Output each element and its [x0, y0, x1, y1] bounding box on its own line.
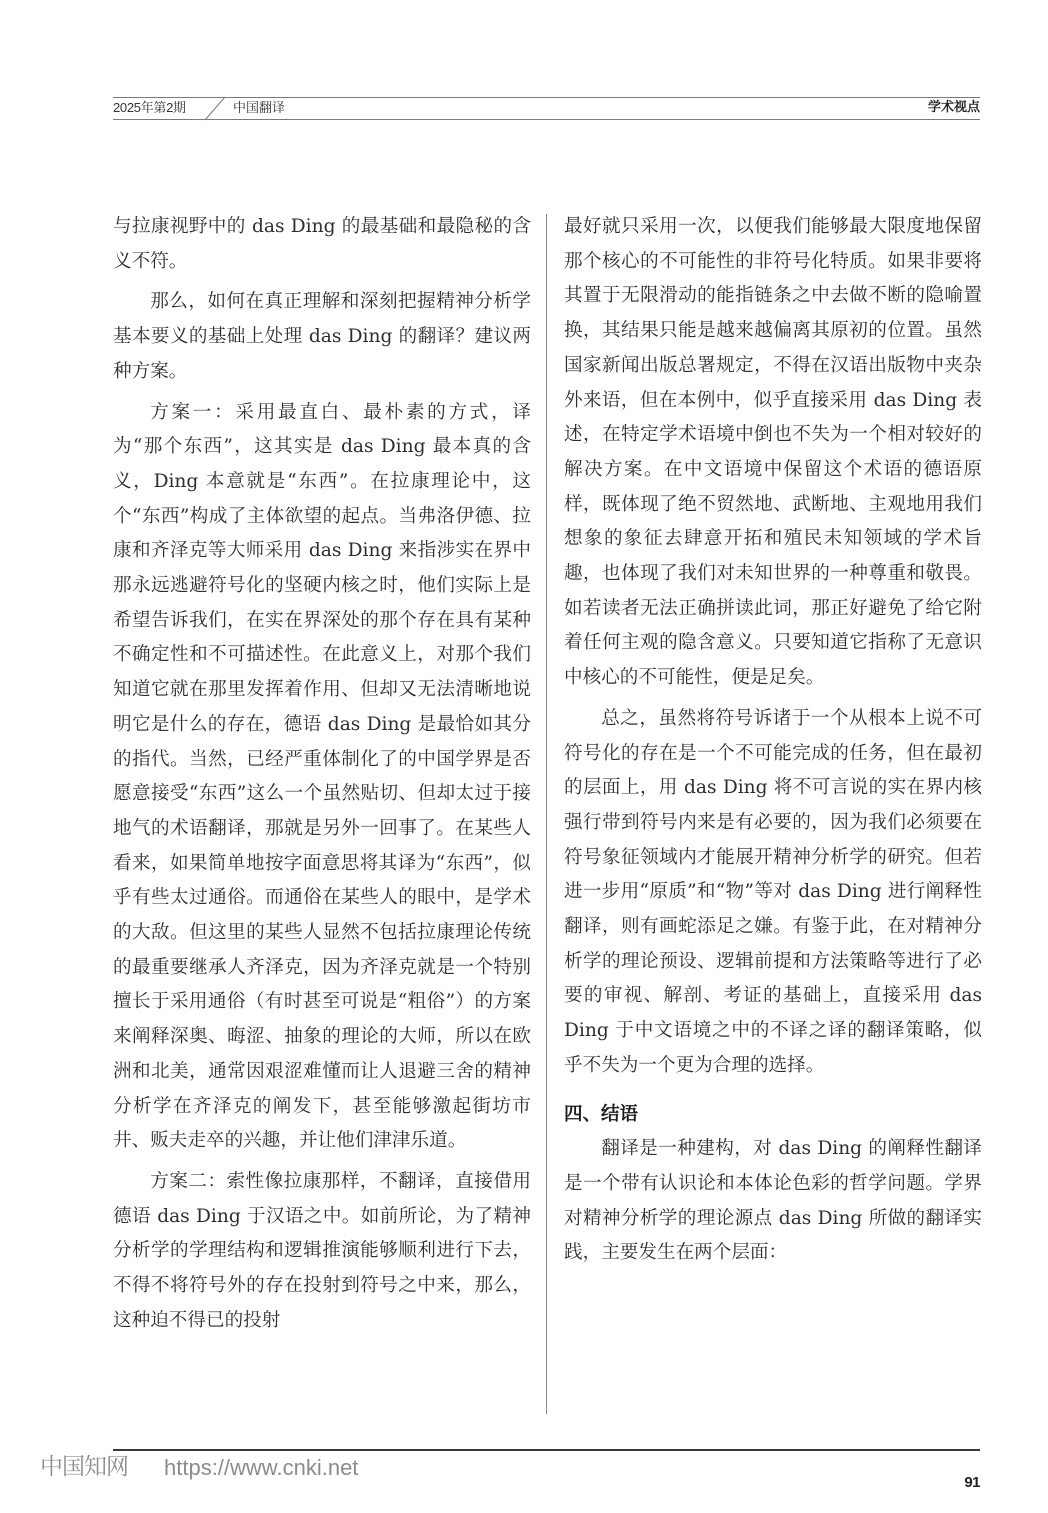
section-label: 学术视点	[928, 99, 980, 117]
right-column: 最好就只采用一次，以便我们能够最大限度地保留那个核心的不可能性的非符号化特质。如…	[564, 210, 982, 1271]
footer-rule	[113, 1449, 980, 1451]
header-rule-bottom	[113, 119, 980, 120]
header-rule-top	[113, 97, 980, 98]
issue-label: 2025年第2期	[113, 99, 186, 117]
journal-title: 中国翻译	[233, 99, 285, 117]
left-column: 与拉康视野中的 das Ding 的最基础和最隐秘的含义不符。 那么，如何在真正…	[113, 210, 531, 1339]
page-number: 91	[964, 1473, 980, 1493]
column-divider	[546, 214, 547, 1414]
cnki-watermark-url: https://www.cnki.net	[164, 1453, 358, 1483]
paragraph: 方案二：索性像拉康那样，不翻译，直接借用德语 das Ding 于汉语之中。如前…	[113, 1165, 531, 1339]
paragraph: 总之，虽然将符号诉诸于一个从根本上说不可符号化的存在是一个不可能完成的任务，但在…	[564, 702, 982, 1084]
cnki-watermark-text: 中国知网	[40, 1452, 128, 1482]
paragraph: 那么，如何在真正理解和深刻把握精神分析学基本要义的基础上处理 das Ding …	[113, 285, 531, 389]
paragraph: 最好就只采用一次，以便我们能够最大限度地保留那个核心的不可能性的非符号化特质。如…	[564, 210, 982, 696]
paragraph: 翻译是一种建构，对 das Ding 的阐释性翻译是一个带有认识论和本体论色彩的…	[564, 1132, 982, 1271]
paragraph: 方案一：采用最直白、最朴素的方式，译为“那个东西”，这其实是 das Ding …	[113, 396, 531, 1159]
header-slash-divider	[203, 96, 227, 121]
section-heading: 四、结语	[564, 1098, 982, 1133]
paragraph: 与拉康视野中的 das Ding 的最基础和最隐秘的含义不符。	[113, 210, 531, 279]
